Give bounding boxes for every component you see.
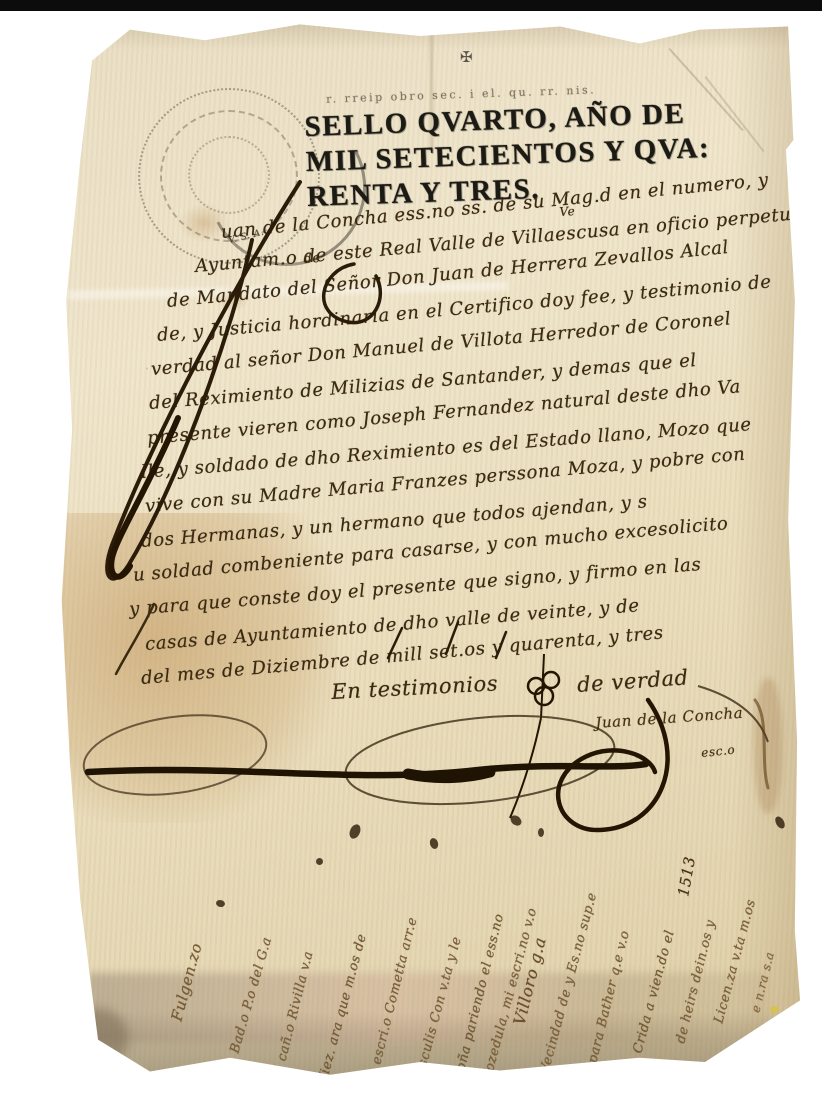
ink-blot xyxy=(316,858,323,865)
interline-word: Ve xyxy=(559,204,576,219)
rotated-note-line: de heirs dein.os y xyxy=(673,918,718,1045)
rotated-note-line: Fulgen.zo xyxy=(168,941,206,1023)
interline-word: de xyxy=(303,251,321,267)
flourish-ellipse xyxy=(341,704,618,816)
corner-crease xyxy=(704,76,764,152)
rotated-note-line: Viez. ara que m.os de xyxy=(316,932,370,1085)
signature-underline xyxy=(88,764,646,775)
scanner-edge-bar xyxy=(0,0,822,11)
signature-rubric: esc.o xyxy=(701,743,736,760)
signature-underline-blob xyxy=(408,772,490,778)
rotated-note-line: para Bather q.e v.o xyxy=(585,929,633,1065)
ink-blot xyxy=(773,815,786,830)
attestation-en-testimonio: En testimonios xyxy=(331,671,499,704)
scanned-document: V. S. A. ✠ r. rreip obro sec. i el. qu. … xyxy=(0,0,822,1100)
ink-blot xyxy=(215,899,225,908)
rotated-note-line: Bad.o P.o del G.a xyxy=(228,935,276,1055)
ink-blot xyxy=(509,813,524,828)
ink-blot xyxy=(347,823,362,841)
ink-blot xyxy=(538,828,544,837)
signature-juan-de-la-concha: Juan de la Concha xyxy=(595,704,744,732)
cross-icon: ✠ xyxy=(460,48,473,66)
attestation-de-verdad: de verdad xyxy=(576,665,689,697)
stain-corner-fold xyxy=(68,1008,128,1068)
rotated-note-line: e n.ra s.a xyxy=(748,950,777,1014)
rotated-note-line: 1513 xyxy=(674,855,699,898)
yellow-fleck xyxy=(770,1006,779,1013)
notarial-knot-icon xyxy=(510,654,559,818)
rotated-note-line: el cañ.o Rivilla v.a xyxy=(270,949,316,1080)
rotated-note-line: P.o escri.o Cometta arr.e xyxy=(363,916,420,1090)
document-page: V. S. A. ✠ r. rreip obro sec. i el. qu. … xyxy=(58,18,800,1080)
right-edge-squiggle xyxy=(755,700,768,788)
ink-blot xyxy=(428,837,439,850)
rotated-note-line: Crida a vien.do el xyxy=(631,928,678,1055)
ink-transfer-smudge xyxy=(754,678,782,813)
flourish-ellipse xyxy=(79,705,272,806)
